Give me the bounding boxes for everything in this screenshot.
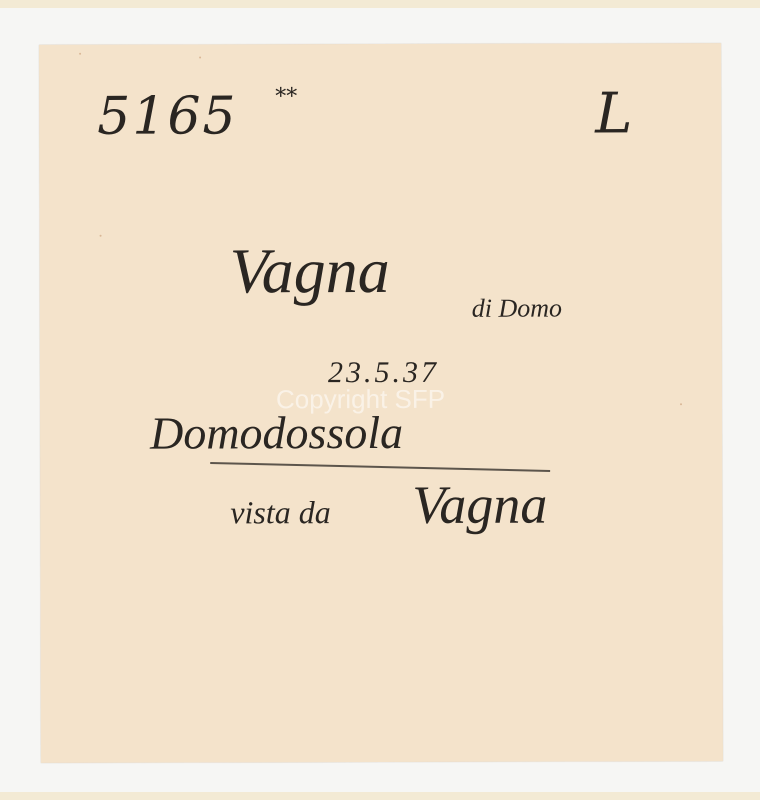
bottom-edge-strip [0, 792, 760, 800]
top-edge-strip [0, 0, 760, 8]
subject: Domodossola [150, 406, 403, 460]
paper-speck [79, 53, 81, 55]
subject-underline [210, 462, 550, 472]
paper-speck [199, 56, 201, 58]
catalog-number: 5165 [97, 86, 238, 146]
corner-letter: L [595, 81, 632, 146]
paper-speck [680, 403, 682, 405]
caption-prefix: vista da [230, 494, 331, 531]
place-suffix: di Domo [472, 294, 562, 324]
caption-place: Vagna [412, 474, 547, 536]
archive-card: 5165 ** L Vagna di Domo 23.5.37 Copyrigh… [39, 43, 723, 763]
catalog-marks: ** [275, 84, 297, 109]
place-title: Vagna [230, 234, 390, 308]
paper-speck [100, 235, 102, 237]
